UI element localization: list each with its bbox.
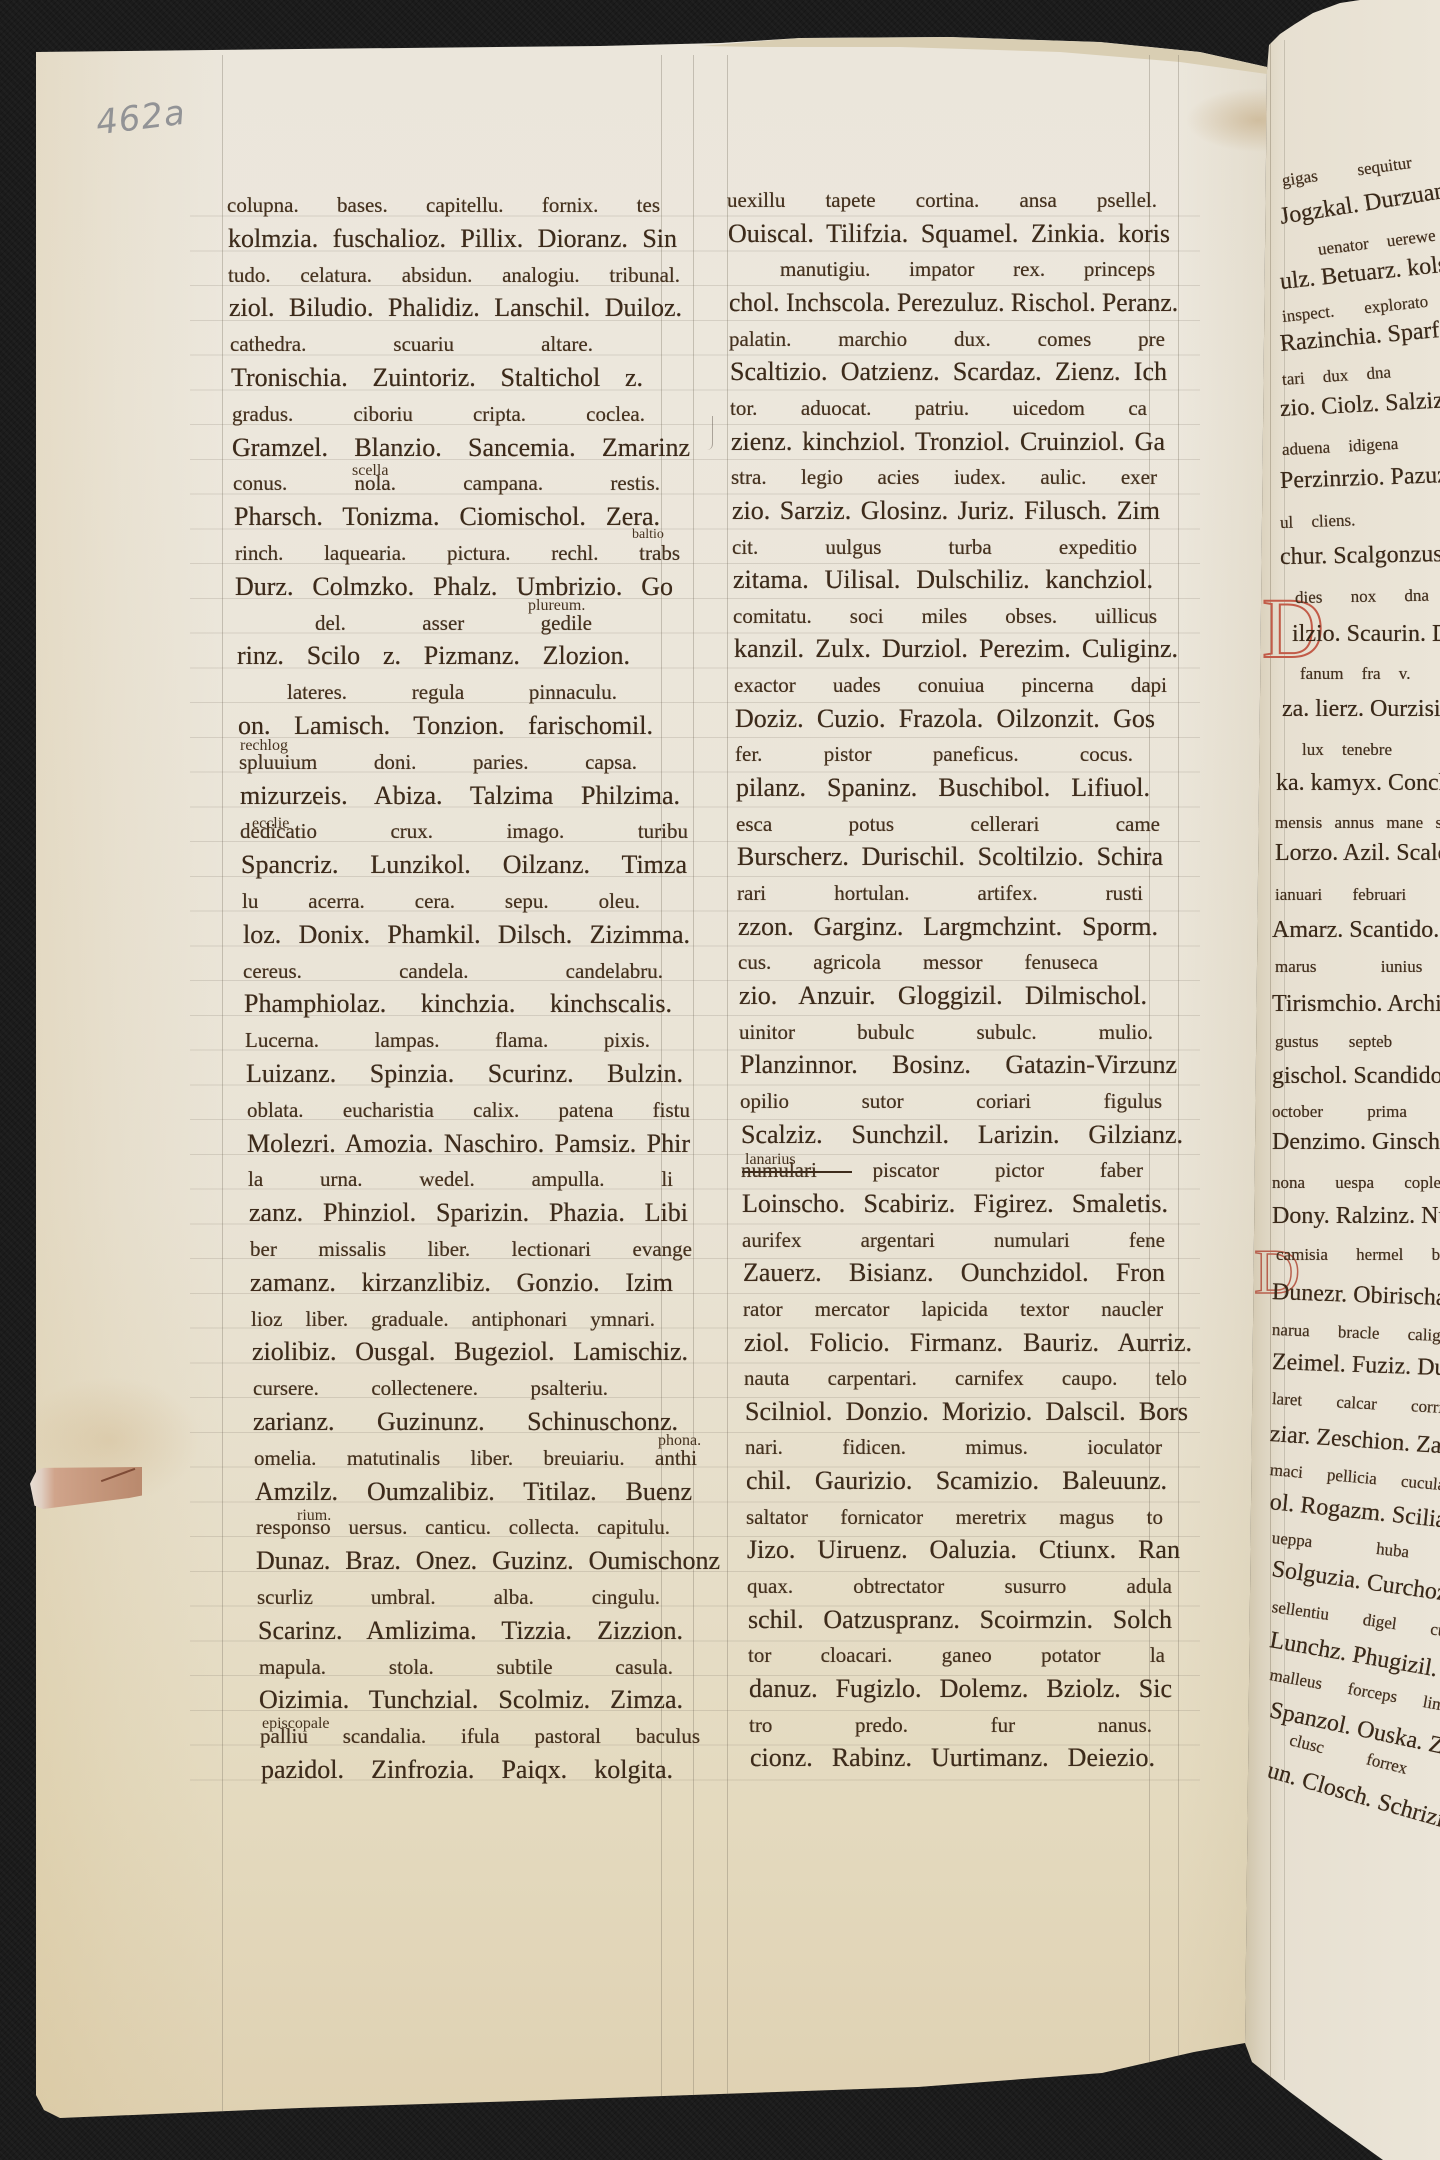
interlinear-gloss: baltio: [632, 527, 664, 543]
term-line: ziol. Biludio. Phalidiz. Lanschil. Duilo…: [229, 295, 682, 321]
term-line: zitama. Uilisal. Dulschiliz. kanchziol.: [733, 567, 1153, 593]
gloss-line: cathedra. scuariu altare.: [230, 334, 593, 355]
term-line: Amarz. Scantido. C: [1272, 918, 1440, 942]
term-line: zarianz. Guzinunz. Schinuschonz.: [253, 1409, 678, 1435]
term-line: chil. Gaurizio. Scamizio. Baleuunz.: [746, 1468, 1167, 1494]
term-line: zienz. kinchziol. Tronziol. Cruinziol. G…: [731, 429, 1165, 455]
term-line: Gramzel. Blanzio. Sancemia. Zmarinz: [232, 435, 690, 461]
gloss-line: rinch. laquearia. pictura. rechl. trabs: [235, 543, 680, 564]
gloss-line: lateres. regula pinnaculu.: [287, 682, 617, 703]
term-line: Scalziz. Sunchzil. Larizin. Gilzianz.: [741, 1122, 1183, 1148]
gloss-line: october prima: [1272, 1103, 1407, 1120]
gloss-line: gradus. ciboriu cripta. coclea.: [232, 404, 645, 425]
term-line: un. Closch. Schrizima: [1265, 1758, 1440, 1839]
term-line: schil. Oatzuspranz. Scoirmzin. Solch: [748, 1607, 1172, 1633]
term-line: pazidol. Zinfrozia. Paiqx. kolgita.: [261, 1757, 673, 1783]
gloss-line: tari dux dna: [1281, 363, 1391, 388]
gloss-line: conus. nola. campana. restis.: [233, 473, 660, 494]
gloss-line: lux tenebre: [1302, 741, 1392, 758]
gloss-line: spluuium doni. paries. capsa.: [239, 752, 637, 773]
term-line: Perzinrzio. Pazuz. P: [1280, 462, 1440, 493]
gloss-line: comitatu. soci miles obses. uillicus: [733, 606, 1157, 627]
gloss-line: ueppa huba: [1271, 1529, 1410, 1560]
term-line: Lorzo. Azil. Scalo. Pi: [1275, 841, 1440, 865]
gloss-line: fanum fra v.: [1300, 665, 1410, 682]
term-line: zzon. Garginz. Largmchzint. Sporm.: [738, 914, 1158, 940]
term-line: pilanz. Spaninz. Buschibol. Lifiuol.: [736, 775, 1150, 801]
gloss-line: tor. aduocat. patriu. uicedom ca: [730, 398, 1147, 419]
term-line: chol. Inchscola. Perezuluz. Rischol. Per…: [729, 290, 1172, 316]
gloss-line: oblata. eucharistia calix. patena fistu: [247, 1100, 690, 1121]
term-line: kanzil. Zulx. Durziol. Perezim. Culiginz…: [734, 636, 1178, 662]
term-line: on. Lamisch. Tonzion. farischomil.: [238, 713, 653, 739]
gloss-line: palatin. marchio dux. comes pre: [729, 329, 1165, 350]
gloss-line: esca potus cellerari came: [736, 814, 1160, 835]
gloss-line: scurliz umbral. alba. cingulu.: [257, 1587, 660, 1608]
term-line: Scarinz. Amlizima. Tizzia. Zizzion.: [258, 1618, 683, 1644]
term-line: Tirismchio. Archin: [1272, 992, 1440, 1016]
term-line: rinz. Scilo z. Pizmanz. Zlozion.: [237, 643, 630, 669]
gloss-line: tro predo. fur nanus.: [749, 1715, 1152, 1736]
term-line: Burscherz. Durischil. Scoltilzio. Schira: [737, 844, 1163, 870]
folio-number: 462a: [94, 93, 188, 144]
gloss-line: aurifex argentari numulari fene: [742, 1230, 1165, 1251]
term-line: Jizo. Uiruenz. Oaluzia. Ctiunx. Ran: [747, 1537, 1180, 1563]
margin-bracket-mark: [706, 416, 713, 450]
term-line: ulz. Betuarz. kolsit: [1279, 251, 1440, 294]
term-line: Phamphiolaz. kinchzia. kinchscalis.: [244, 991, 672, 1017]
gloss-line: manutigiu. impator rex. princeps: [780, 259, 1155, 280]
gloss-line: ianuari februari: [1275, 886, 1406, 903]
gloss-line: nari. fidicen. mimus. ioculator: [745, 1437, 1162, 1458]
gloss-line: dedicatio crux. imago. turibu: [240, 821, 688, 842]
term-line: Durz. Colmzko. Phalz. Umbrizio. Go: [235, 574, 673, 600]
interlinear-gloss: plureum.: [528, 598, 585, 614]
gloss-line: dies nox dna: [1295, 587, 1429, 606]
term-line: Dunaz. Braz. Onez. Guzinz. Oumischonz: [256, 1548, 720, 1574]
term-line: ziol. Folicio. Firmanz. Bauriz. Aurriz.: [744, 1330, 1192, 1356]
gloss-line: laret calcar corrig: [1272, 1390, 1440, 1416]
term-line: Ouiscal. Tilifzia. Squamel. Zinkia. kori…: [728, 221, 1170, 247]
term-line: zio. Sarziz. Glosinz. Juriz. Filusch. Zi…: [732, 498, 1160, 524]
term-line: Luizanz. Spinzia. Scurinz. Bulzin.: [246, 1061, 683, 1087]
gloss-line: quax. obtrectator susurro adula: [747, 1576, 1172, 1597]
vertical-ruling: [1178, 55, 1179, 2115]
gloss-line: cursere. collectenere. psalteriu.: [253, 1378, 608, 1399]
gloss-line: colupna. bases. capitellu. fornix. tes: [227, 195, 660, 216]
gloss-line: omelia. matutinalis liber. breuiariu. an…: [254, 1448, 697, 1469]
term-line: ziolibiz. Ousgal. Bugeziol. Lamischiz.: [252, 1339, 688, 1365]
gloss-line: uenator uerewe: [1317, 227, 1437, 258]
term-line: Oizimia. Tunchzial. Scolmiz. Zimza.: [259, 1687, 683, 1713]
gloss-line: aduena idigena: [1282, 435, 1399, 458]
term-line: kolmzia. fuschalioz. Pillix. Dioranz. Si…: [228, 226, 677, 252]
gloss-line: gigas sequitur: [1281, 154, 1413, 189]
interlinear-gloss: rium.: [297, 1508, 331, 1524]
gloss-line: gustus septeb: [1275, 1033, 1392, 1050]
term-line: mizurzeis. Abiza. Talzima Philzima.: [240, 783, 680, 809]
gloss-line: nauta carpentari. carnifex caupo. telo: [744, 1368, 1187, 1389]
term-line: ol. Rogazm. Scilia. O: [1269, 1490, 1440, 1535]
interlinear-gloss: lanarius: [745, 1152, 796, 1168]
gloss-line: cus. agricola messor fenuseca: [738, 952, 1098, 973]
term-line: Zauerz. Bisianz. Ounchzidol. Fron: [743, 1260, 1165, 1286]
term-line: Zeimel. Fuziz. Duue: [1272, 1350, 1440, 1381]
gloss-line: la urna. wedel. ampulla. li: [248, 1169, 673, 1190]
gloss-line: opilio sutor coriari figulus: [740, 1091, 1162, 1112]
term-line: chur. Scalgonzus.: [1280, 542, 1440, 569]
gloss-line: uexillu tapete cortina. ansa psellel.: [727, 190, 1157, 211]
interlinear-gloss: episcopale: [262, 1716, 330, 1732]
gloss-line: mensis annus mane ser: [1275, 814, 1440, 831]
term-line: Tronischia. Zuintoriz. Staltichol z.: [231, 365, 643, 391]
term-line: za. lierz. Ourzisil.: [1282, 697, 1440, 721]
term-line: Molezri. Amozia. Naschiro. Pamsiz. Phir: [247, 1131, 690, 1157]
term-line: zanz. Phinziol. Sparizin. Phazia. Libi: [249, 1200, 688, 1226]
term-line: Dony. Ralzinz. Nus: [1272, 1204, 1440, 1228]
term-line: Scilniol. Donzio. Morizio. Dalscil. Bors: [745, 1399, 1188, 1425]
gloss-line: maci pellicia cucula: [1269, 1461, 1440, 1493]
vertical-ruling: [222, 55, 223, 2115]
vertical-ruling: [693, 55, 694, 2115]
term-line: Doziz. Cuzio. Frazola. Oilzonzit. Gos: [735, 706, 1155, 732]
gloss-line: tudo. celatura. absidun. analogiu. tribu…: [228, 265, 680, 286]
term-line: zio. Ciolz. Salziz. S: [1279, 387, 1440, 421]
gloss-line: lu acerra. cera. sepu. oleu.: [242, 891, 640, 912]
gloss-line: ber missalis liber. lectionari evange: [250, 1239, 692, 1260]
term-line: zamanz. kirzanzlibiz. Gonzio. Izim: [250, 1270, 673, 1296]
gloss-line: stra. legio acies iudex. aulic. exer: [731, 467, 1157, 488]
interlinear-gloss: phona.: [658, 1433, 701, 1449]
gloss-line: rator mercator lapicida textor naucler: [743, 1299, 1163, 1320]
gloss-line: marus iunius: [1275, 958, 1422, 975]
gloss-line: Lucerna. lampas. flama. pixis.: [245, 1030, 650, 1051]
term-line: ilzio. Scaurin. Du: [1292, 622, 1440, 646]
manuscript-leaf-left: 462a colupna. bases. capitellu. fornix. …: [0, 0, 1440, 2160]
gloss-line: camisia hermel br: [1276, 1246, 1440, 1263]
gloss-line: uinitor bubulc subulc. mulio.: [739, 1022, 1153, 1043]
gloss-line: nona uespa cople: [1272, 1174, 1440, 1191]
term-line: Spancriz. Lunzikol. Oilzanz. Timza: [241, 852, 687, 878]
gloss-line: lioz liber. graduale. antiphonari ymnari…: [251, 1309, 655, 1330]
term-line: Pharsch. Tonizma. Ciomischol. Zera.: [234, 504, 660, 530]
term-line: Scaltizio. Oatzienz. Scardaz. Zienz. Ich: [730, 359, 1167, 385]
term-line: cionz. Rabinz. Uurtimanz. Deiezio.: [750, 1745, 1155, 1771]
gloss-line: mapula. stola. subtile casula.: [259, 1657, 673, 1678]
gloss-line: del. asser gedile: [315, 613, 592, 634]
vertical-ruling: [727, 55, 728, 2115]
term-line: Loinscho. Scabiriz. Figirez. Smaletis.: [742, 1191, 1168, 1217]
term-line: Planzinnor. Bosinz. Gatazin-Virzunz: [740, 1052, 1177, 1078]
term-line: zio. Anzuir. Gloggizil. Dilmischol.: [739, 983, 1147, 1009]
gloss-line: fer. pistor paneficus. cocus.: [735, 744, 1133, 765]
term-line: ziar. Zeschion. Zazim: [1269, 1422, 1440, 1460]
interlinear-gloss: ecclie: [252, 816, 289, 832]
gloss-line: exactor uades conuiua pincerna dapi: [734, 675, 1167, 696]
gloss-line: cereus. candela. candelabru.: [243, 961, 663, 982]
gloss-line: tor cloacari. ganeo potator la: [748, 1645, 1165, 1666]
gloss-line: cit. uulgus turba expeditio: [732, 537, 1137, 558]
gloss-line: narua bracle caliga: [1272, 1321, 1440, 1344]
term-line: gischol. Scandidoz. O: [1272, 1064, 1440, 1088]
gloss-line: ul cliens.: [1280, 511, 1356, 531]
strikethrough-mark: [742, 1171, 852, 1173]
gloss-line: saltator fornicator meretrix magus to: [746, 1507, 1163, 1528]
interlinear-gloss: scella: [352, 463, 388, 479]
term-line: loz. Donix. Phamkil. Dilsch. Zizimma.: [243, 922, 690, 948]
term-line: Denzimo. Ginschiz. S: [1272, 1130, 1440, 1154]
term-line: Amzilz. Oumzalibiz. Titilaz. Buenz: [255, 1479, 692, 1505]
interlinear-gloss: rechlog: [240, 738, 288, 754]
term-line: ka. kamyx. Conchsil.: [1276, 771, 1440, 795]
gloss-line: rari hortulan. artifex. rusti: [737, 883, 1143, 904]
term-line: danuz. Fugizlo. Dolemz. Bziolz. Sic: [749, 1676, 1172, 1702]
